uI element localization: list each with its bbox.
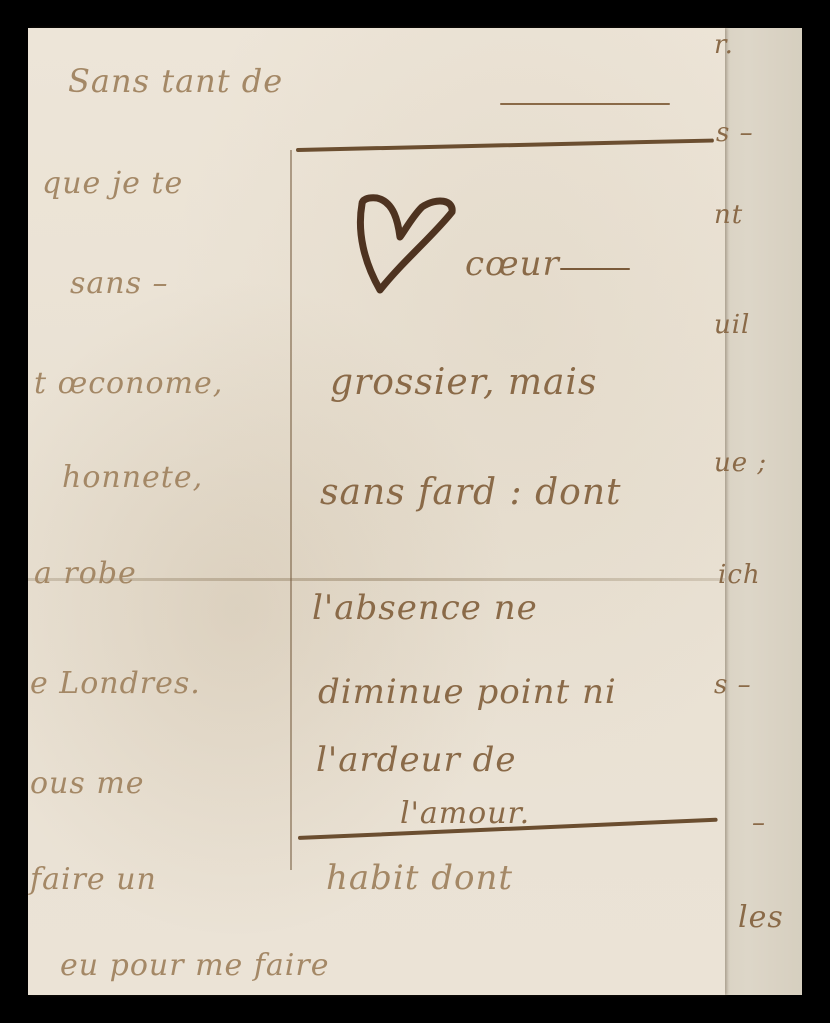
right-fragment-8: – [752,808,766,838]
left-line-8: faire un [30,862,157,897]
left-line-7: ous me [30,766,145,801]
box-left-rule [290,150,292,870]
right-fragment-7: s – [714,670,752,700]
boxed-line-2: grossier, mais [330,362,597,403]
left-line-5: a robe [34,556,137,591]
boxed-line-7: l'amour. [400,796,530,831]
left-line-4: honnete, [62,460,203,495]
left-line-3: t œconome, [34,366,223,401]
right-fragment-2: s – [716,118,754,148]
left-line-1: que je te [42,166,183,201]
right-fragment-5: ue ; [714,448,767,478]
right-fragment-6: ich [718,560,761,590]
top-line-flourish [500,103,670,105]
top-line-text: Sans tant de [68,62,283,100]
right-fragment-1: r. [714,30,734,60]
bottom-line: eu pour me faire [60,948,330,983]
underlying-page [712,28,802,995]
right-fragment-4: uil [714,310,750,340]
boxed-line-1-flourish [560,268,630,270]
heart-icon [352,192,462,302]
after-box-line: habit dont [326,858,513,898]
right-fragment-9: les [738,900,784,935]
left-line-2: sans – [70,266,169,301]
boxed-line-3: sans fard : dont [320,472,621,513]
boxed-line-5: diminue point ni [318,672,617,712]
boxed-line-6: l'ardeur de [316,740,516,780]
boxed-line-4: l'absence ne [312,588,538,628]
boxed-line-1: cœur [465,244,560,284]
right-fragment-3: nt [714,200,743,230]
left-line-6: e Londres. [30,666,201,701]
